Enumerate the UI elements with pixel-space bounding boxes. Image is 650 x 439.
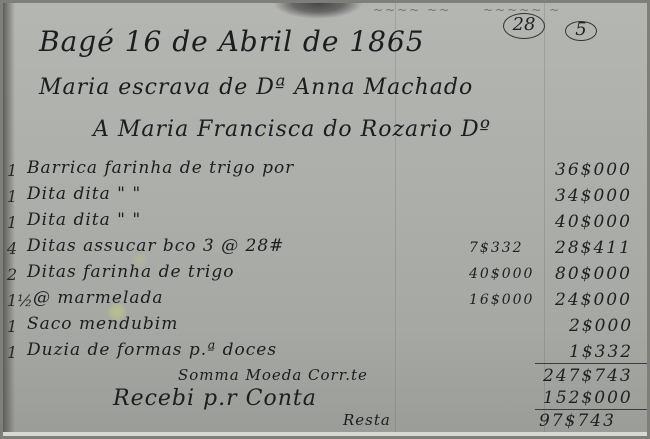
ruled-line [395, 3, 396, 436]
place-date-heading: Bagé 16 de Abril de 1865 [39, 25, 425, 58]
sum-label: Somma Moeda Corr.te [178, 366, 368, 384]
paid-label: Recebi p.r Conta [113, 386, 317, 411]
creditor-line: A Maria Francisca do Rozario Dº [93, 117, 491, 142]
rest-label: Resta [343, 411, 391, 429]
ink-blot-top [273, 3, 363, 19]
sheet-mark: 5 [565, 21, 597, 41]
stain [108, 303, 126, 321]
sum-rule [535, 363, 647, 364]
rest-rule [535, 409, 647, 410]
cut-off-text-top: ~~~~ ~~ [373, 3, 451, 17]
folio-mark: 28 [503, 13, 545, 39]
sum-value: 247$743 [543, 366, 633, 386]
paid-value: 152$000 [543, 388, 633, 408]
stain [133, 253, 147, 267]
document-page: ~~~~ ~~ ~~~~~ ~ 28 5 Bagé 16 de Abril de… [3, 3, 647, 436]
rest-value: 97$743 [539, 411, 616, 431]
debtor-line: Maria escrava de Dª Anna Machado [39, 75, 473, 100]
